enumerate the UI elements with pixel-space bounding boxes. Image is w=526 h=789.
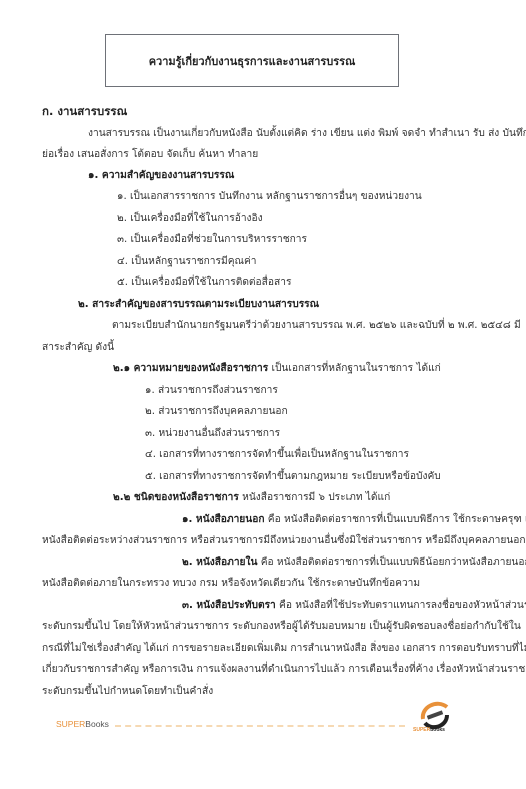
type-2-line-1: ๒. หนังสือภายใน คือ หนังสือติดต่อราชการท…	[182, 556, 526, 570]
type-2-line-2: หนังสือติดต่อภายในกระทรวง ทบวง กรม หรือจ…	[42, 577, 420, 591]
logo-text-books: books	[430, 727, 445, 733]
type-3-text: คือ หนังสือที่ใช้ประทับตราแทนการลงชื่อขอ…	[276, 600, 526, 611]
meaning-paragraph: ๒.๑ ความหมายของหนังสือราชการ เป็นเอกสารท…	[113, 362, 441, 376]
type-3-line-3: กรณีที่ไม่ใช่เรื่องสำคัญ ได้แก่ การขอราย…	[42, 642, 526, 656]
intro-line-1: งานสารบรรณ เป็นงานเกี่ยวกับหนังสือ นับตั…	[88, 127, 526, 141]
page-title: ความรู้เกี่ยวกับงานธุรการและงานสารบรรณ	[149, 52, 356, 70]
types-label: ๒.๒ ชนิดของหนังสือราชการ	[113, 492, 239, 503]
type-2-text: คือ หนังสือติดต่อราชการที่เป็นแบบพิธีน้อ…	[257, 557, 526, 568]
essence-heading: ๒. สาระสำคัญของสารบรรณตามระเบียบงานสารบร…	[78, 298, 319, 312]
meaning-label: ๒.๑ ความหมายของหนังสือราชการ	[113, 363, 268, 374]
footer-divider	[115, 725, 405, 727]
importance-item: ๔. เป็นหลักฐานราชการมีคุณค่า	[117, 255, 257, 269]
footer-brand: SUPERBooks	[56, 719, 109, 729]
meaning-text: เป็นเอกสารที่หลักฐานในราชการ ได้แก่	[268, 363, 441, 374]
section-heading: ก. งานสารบรรณ	[42, 104, 127, 118]
title-box: ความรู้เกี่ยวกับงานธุรการและงานสารบรรณ	[105, 34, 399, 87]
meaning-item: ๑. ส่วนราชการถึงส่วนราชการ	[145, 384, 278, 398]
footer-brand-super: SUPER	[56, 719, 85, 729]
essence-intro-1: ตามระเบียบสำนักนายกรัฐมนตรีว่าด้วยงานสาร…	[112, 319, 521, 333]
meaning-item: ๓. หน่วยงานอื่นถึงส่วนราชการ	[145, 427, 280, 441]
meaning-item: ๒. ส่วนราชการถึงบุคคลภายนอก	[145, 405, 288, 419]
type-3-label: ๓. หนังสือประทับตรา	[182, 600, 276, 611]
meaning-item: ๕. เอกสารที่ทางราชการจัดทำขึ้นตามกฎหมาย …	[145, 470, 441, 484]
intro-line-2: ย่อเรื่อง เสนอสั่งการ โต้ตอบ จัดเก็บ ค้น…	[42, 148, 258, 162]
type-3-line-1: ๓. หนังสือประทับตรา คือ หนังสือที่ใช้ประ…	[182, 599, 526, 613]
logo-text-super: SUPER	[413, 727, 430, 733]
meaning-item: ๔. เอกสารที่ทางราชการจัดทำขึ้นเพื่อเป็นห…	[145, 448, 409, 462]
type-1-line-2: หนังสือติดต่อระหว่างส่วนราชการ หรือส่วนร…	[42, 534, 526, 548]
type-2-label: ๒. หนังสือภายใน	[182, 557, 257, 568]
importance-item: ๑. เป็นเอกสารราชการ บันทึกงาน หลักฐานราช…	[117, 190, 422, 204]
importance-heading: ๑. ความสำคัญของงานสารบรรณ	[88, 169, 234, 183]
importance-item: ๓. เป็นเครื่องมือที่ช่วยในการบริหารราชกา…	[117, 233, 307, 247]
type-3-line-4: เกี่ยวกับราชการสำคัญ หรือการเงิน การแจ้ง…	[42, 663, 526, 677]
types-paragraph: ๒.๒ ชนิดของหนังสือราชการ หนังสือราชการมี…	[113, 491, 390, 505]
importance-item: ๕. เป็นเครื่องมือที่ใช้ในการติดต่อสื่อสา…	[117, 276, 291, 290]
importance-item: ๒. เป็นเครื่องมือที่ใช้ในการอ้างอิง	[117, 212, 263, 226]
types-text: หนังสือราชการมี ๖ ประเภท ได้แก่	[239, 492, 390, 503]
essence-intro-2: สาระสำคัญ ดังนี้	[42, 341, 114, 355]
type-1-label: ๑. หนังสือภายนอก	[182, 514, 265, 525]
footer-brand-books: Books	[85, 719, 109, 729]
type-3-line-5: ระดับกรมขึ้นไปกำหนดโดยทำเป็นคำสั่ง	[42, 685, 213, 699]
type-1-text: คือ หนังสือติดต่อราชการที่เป็นแบบพิธีการ…	[265, 514, 526, 525]
type-1-line-1: ๑. หนังสือภายนอก คือ หนังสือติดต่อราชการ…	[182, 513, 526, 527]
type-3-line-2: ระดับกรมขึ้นไป โดยให้หัวหน้าส่วนราชการ ร…	[42, 620, 521, 634]
logo-text: SUPERbooks	[413, 727, 445, 733]
